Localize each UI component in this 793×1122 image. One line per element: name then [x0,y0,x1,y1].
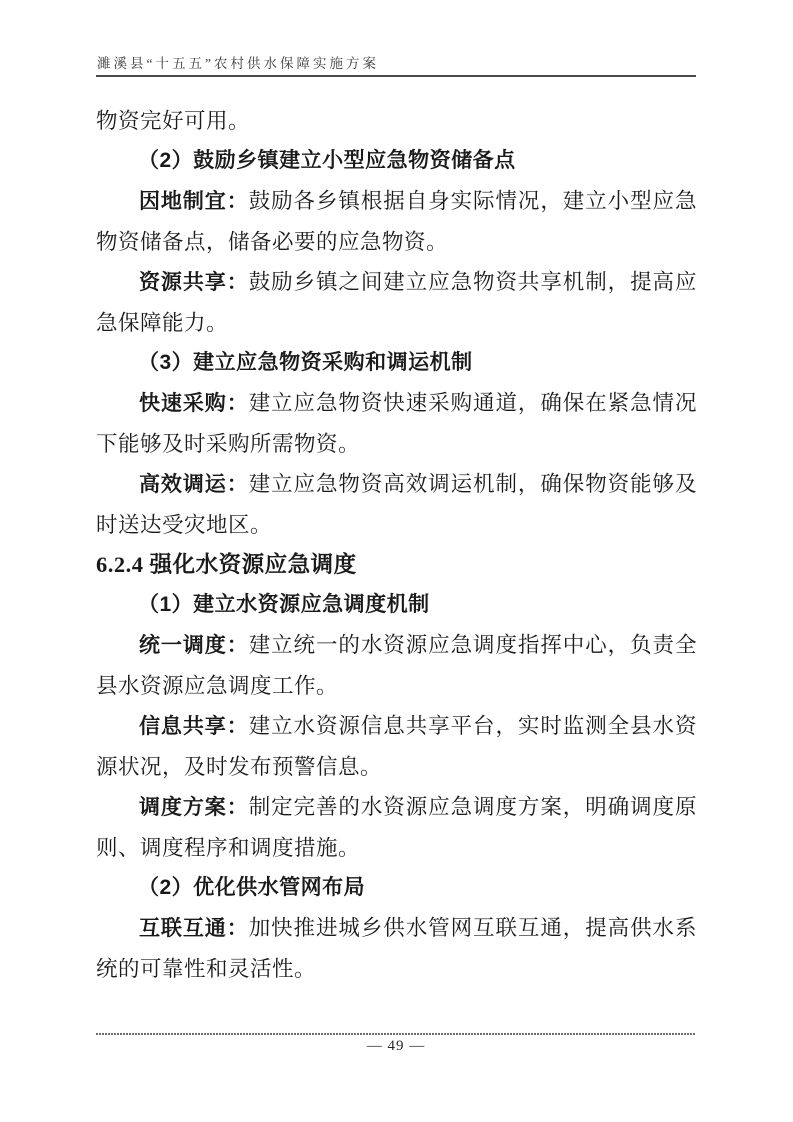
page-number: — 49 — [96,1038,696,1055]
paragraph: 资源共享：鼓励乡镇之间建立应急物资共享机制，提高应急保障能力。 [96,262,697,343]
subsection-heading: （1）建立水资源应急调度机制 [96,585,697,625]
header-divider [96,75,696,77]
subsection-heading: （2）优化供水管网布局 [96,868,697,908]
paragraph: 因地制宜：鼓励各乡镇根据自身实际情况，建立小型应急物资储备点，储备必要的应急物资… [96,181,697,262]
document-page: 濉溪县“十五五”农村供水保障实施方案 物资完好可用。 （2）鼓励乡镇建立小型应急… [0,0,793,1122]
paragraph-lead: 互联互通： [139,917,249,940]
footer-divider [96,1033,696,1035]
paragraph: 快速采购：建立应急物资快速采购通道，确保在紧急情况下能够及时采购所需物资。 [96,383,697,464]
header-title: 濉溪县“十五五”农村供水保障实施方案 [97,52,697,72]
paragraph-continuation: 物资完好可用。 [96,101,697,141]
paragraph-lead: 快速采购： [139,392,249,415]
paragraph-lead: 资源共享： [139,271,249,294]
paragraph-lead: 因地制宜： [139,190,249,213]
paragraph: 调度方案：制定完善的水资源应急调度方案，明确调度原则、调度程序和调度措施。 [96,787,697,868]
paragraph-lead: 信息共享： [139,715,249,738]
section-heading: 6.2.4 强化水资源应急调度 [96,545,697,585]
document-body: 物资完好可用。 （2）鼓励乡镇建立小型应急物资储备点 因地制宜：鼓励各乡镇根据自… [96,101,697,989]
paragraph: 高效调运：建立应急物资高效调运机制，确保物资能够及时送达受灾地区。 [96,464,697,545]
paragraph-lead: 调度方案： [139,796,249,819]
subsection-heading: （2）鼓励乡镇建立小型应急物资储备点 [96,141,697,181]
paragraph: 统一调度：建立统一的水资源应急调度指挥中心，负责全县水资源应急调度工作。 [96,625,697,706]
paragraph-lead: 统一调度： [139,634,249,657]
paragraph: 信息共享：建立水资源信息共享平台，实时监测全县水资源状况，及时发布预警信息。 [96,706,697,787]
paragraph: 互联互通：加快推进城乡供水管网互联互通，提高供水系统的可靠性和灵活性。 [96,908,697,989]
paragraph-lead: 高效调运： [139,473,249,496]
subsection-heading: （3）建立应急物资采购和调运机制 [96,343,697,383]
